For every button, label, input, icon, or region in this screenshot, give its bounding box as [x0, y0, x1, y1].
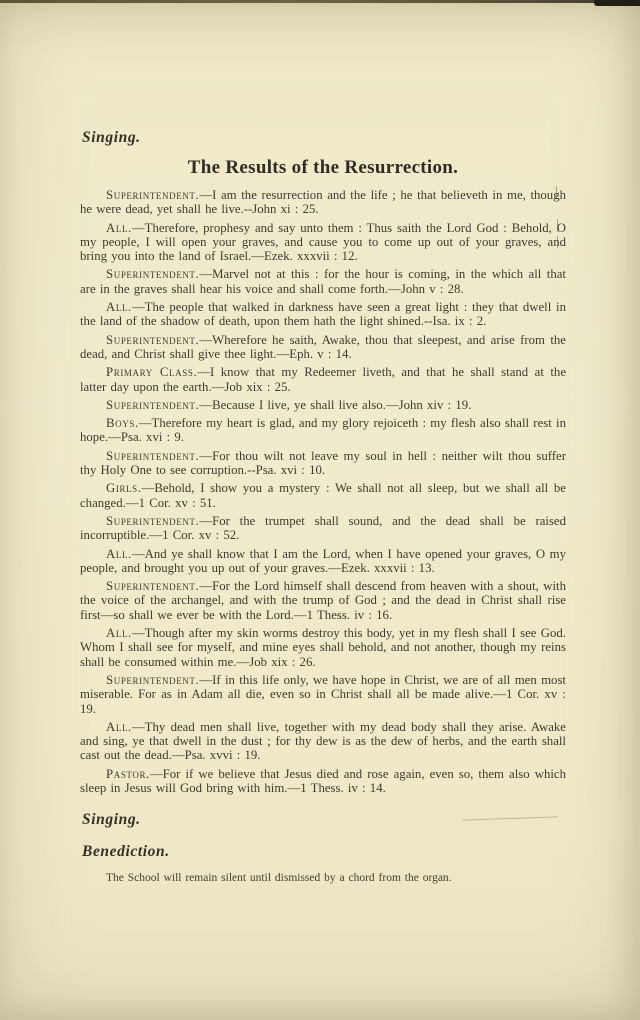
section-heading-singing-bottom: Singing. — [82, 811, 566, 829]
speaker-label: Superintendent. — [106, 188, 199, 202]
page-title: The Results of the Resurrection. — [80, 157, 566, 179]
scan-corner-notch — [594, 0, 640, 6]
speaker-label: Superintendent. — [106, 449, 199, 463]
book-page: Singing. The Results of the Resurrection… — [0, 0, 640, 1020]
speaker-label: Superintendent. — [106, 398, 199, 412]
paragraph-text: —Therefore, prophesy and say unto them :… — [80, 221, 566, 264]
speaker-label: Girls. — [106, 481, 142, 495]
paragraph-text: —Behold, I show you a mystery : We shall… — [80, 481, 566, 509]
reading-paragraph: Primary Class.—I know that my Redeemer l… — [80, 365, 566, 394]
speaker-label: All. — [106, 720, 132, 734]
reading-paragraph: Girls.—Behold, I show you a mystery : We… — [80, 481, 566, 510]
reading-paragraph: Superintendent.—For thou wilt not leave … — [80, 449, 566, 478]
paragraph-text: —For if we believe that Jesus died and r… — [80, 767, 566, 795]
speaker-label: Superintendent. — [106, 514, 199, 528]
speaker-label: Superintendent. — [106, 673, 199, 687]
reading-paragraph: All.—Though after my skin worms destroy … — [80, 626, 566, 669]
speaker-label: All. — [106, 626, 132, 640]
paragraph-text: —Therefore my heart is glad, and my glor… — [80, 416, 566, 444]
scan-edge-top — [0, 0, 640, 3]
reading-paragraph: Superintendent.—I am the resurrection an… — [80, 188, 566, 217]
paragraph-text: —The people that walked in darkness have… — [80, 300, 566, 328]
section-heading-singing-top: Singing. — [82, 129, 566, 147]
closing-note: The School will remain silent until dism… — [106, 872, 566, 885]
speaker-label: All. — [106, 300, 132, 314]
reading-paragraph: Superintendent.—For the Lord himself sha… — [80, 579, 566, 622]
paragraph-text: —Thy dead men shall live, together with … — [80, 720, 566, 763]
speaker-label: Pastor. — [106, 767, 150, 781]
reading-paragraph: Superintendent.—Marvel not at this : for… — [80, 267, 566, 296]
reading-paragraph: All.—And ye shall know that I am the Lor… — [80, 547, 566, 576]
speaker-label: Superintendent. — [106, 579, 199, 593]
speaker-label: All. — [106, 547, 132, 561]
reading-paragraph: Superintendent.—For the trumpet shall so… — [80, 514, 566, 543]
speaker-label: Boys. — [106, 416, 139, 430]
speaker-label: Superintendent. — [106, 333, 199, 347]
margin-mark — [557, 236, 558, 248]
margin-mark — [557, 219, 558, 232]
page-content: Singing. The Results of the Resurrection… — [80, 129, 566, 885]
section-heading-benediction: Benediction. — [82, 843, 566, 861]
reading-paragraph: All.—Thy dead men shall live, together w… — [80, 720, 566, 763]
reading-paragraph: Superintendent.—If in this life only, we… — [80, 673, 566, 716]
reading-paragraph: All.—Therefore, prophesy and say unto th… — [80, 221, 566, 264]
speaker-label: Superintendent. — [106, 267, 199, 281]
speaker-label: All. — [106, 221, 132, 235]
paragraph-text: —Because I live, ye shall live also.—Joh… — [199, 398, 471, 412]
paragraph-text: —Though after my skin worms destroy this… — [80, 626, 566, 669]
reading-paragraph: All.—The people that walked in darkness … — [80, 300, 566, 329]
reading-paragraph: Pastor.—For if we believe that Jesus die… — [80, 767, 566, 796]
reading-paragraph: Boys.—Therefore my heart is glad, and my… — [80, 416, 566, 445]
reading-paragraph: Superintendent.—Because I live, ye shall… — [80, 398, 566, 412]
reading-paragraph: Superintendent.—Wherefore he saith, Awak… — [80, 333, 566, 362]
margin-mark — [556, 186, 557, 198]
paragraph-text: —And ye shall know that I am the Lord, w… — [80, 547, 566, 575]
speaker-label: Primary Class. — [106, 365, 197, 379]
